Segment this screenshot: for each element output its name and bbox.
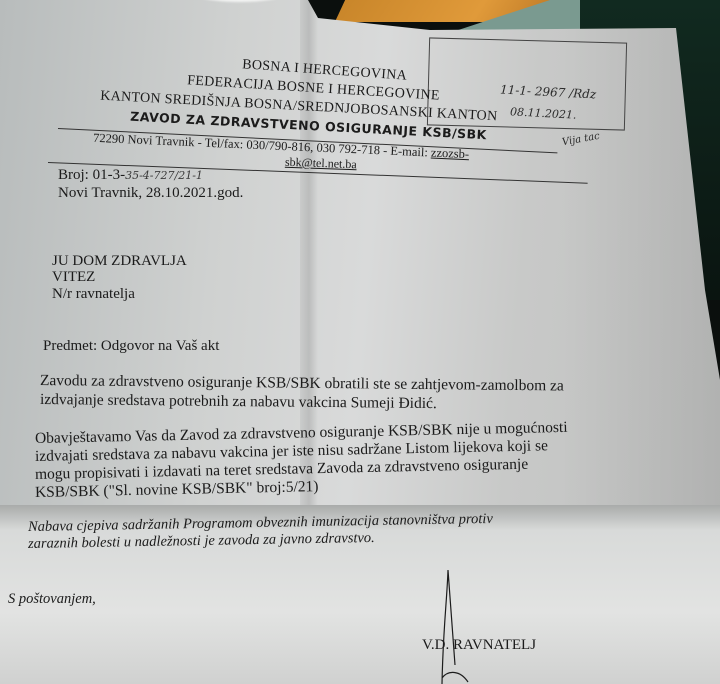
signer-title: V.D. RAVNATELJ bbox=[422, 638, 536, 653]
letter-paper: 11-1- 2967 /Rdz 08.11.2021. Vija tac BOS… bbox=[0, 0, 720, 684]
addressee-city: VITEZ bbox=[52, 270, 95, 285]
signature-icon bbox=[430, 570, 470, 684]
addressee-attention: N/r ravnatelja bbox=[52, 287, 135, 302]
light-glare bbox=[190, 0, 290, 2]
addressee-institution: JU DOM ZDRAVLJA bbox=[52, 254, 187, 269]
stamp-handwritten-date: 08.11.2021. bbox=[510, 106, 577, 120]
subject-line: Predmet: Odgovor na Vaš akt bbox=[43, 339, 219, 354]
body-paragraph-1-line: izdvajanje sredstava potrebnih za nabavu… bbox=[40, 392, 437, 412]
place-date: Novi Travnik, 28.10.2021.god. bbox=[58, 186, 243, 201]
reference-number: Broj: 01-3-35-4-727/21-1 bbox=[58, 168, 203, 183]
handwritten-reference: 35-4-727/21-1 bbox=[125, 169, 203, 182]
body-paragraph-2-line: KSB/SBK ("Sl. novine KSB/SBK" broj:5/21) bbox=[35, 479, 319, 500]
email-link-part2: sbk@tel.net.ba bbox=[285, 156, 357, 170]
email-link-part1: zzozsb- bbox=[431, 146, 470, 162]
closing-salutation: S poštovanjem, bbox=[8, 592, 96, 607]
